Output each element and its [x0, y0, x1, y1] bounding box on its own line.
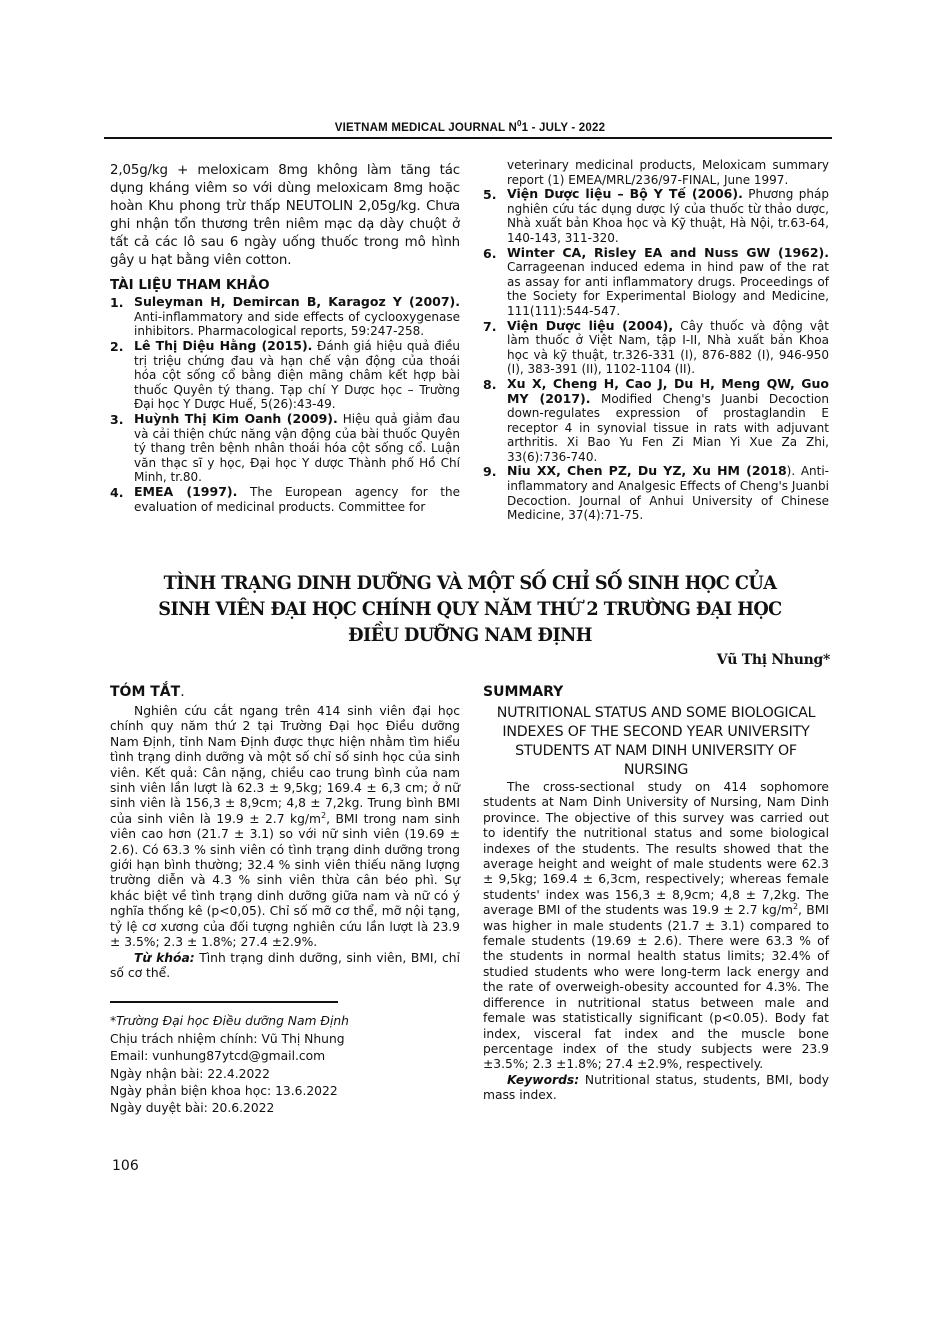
- continued-paragraph: 2,05g/kg + meloxicam 8mg không làm tăng …: [110, 162, 460, 270]
- left-column-top: 2,05g/kg + meloxicam 8mg không làm tăng …: [110, 162, 460, 514]
- reference-authors: Winter CA, Risley EA and Nuss GW (1962).: [507, 245, 829, 260]
- reference-number: 4.: [110, 485, 134, 514]
- reference-text: veterinary medicinal products, Meloxicam…: [507, 158, 829, 187]
- reference-number: 6.: [483, 246, 507, 319]
- reference-item: 5. Viện Dược liệu – Bộ Y Tế (2006). Phươ…: [483, 187, 829, 245]
- date-approved: Ngày duyệt bài: 20.6.2022: [110, 1100, 460, 1117]
- reference-authors: Viện Dược liệu (2004),: [507, 318, 673, 333]
- reference-authors: Suleyman H, Demircan B, Karagoz Y (2007)…: [134, 294, 460, 309]
- reference-number: 8.: [483, 377, 507, 465]
- journal-page: VIETNAM MEDICAL JOURNAL N01 - JULY - 202…: [0, 0, 942, 1333]
- reference-number: 3.: [110, 412, 134, 485]
- abstract-vi-keywords: Từ khóa: Tình trạng dinh dưỡng, sinh viê…: [110, 951, 460, 982]
- header-rule: [104, 137, 832, 139]
- title-line: TÌNH TRẠNG DINH DƯỠNG VÀ MỘT SỐ CHỈ SỐ S…: [135, 570, 805, 596]
- reference-number: 5.: [483, 187, 507, 245]
- reference-authors: EMEA (1997).: [134, 484, 237, 499]
- reference-item-continued: veterinary medicinal products, Meloxicam…: [483, 158, 829, 187]
- article-author: Vũ Thị Nhung*: [717, 652, 830, 668]
- date-received: Ngày nhận bài: 22.4.2022: [110, 1066, 460, 1083]
- date-reviewed: Ngày phản biện khoa học: 13.6.2022: [110, 1083, 460, 1100]
- reference-authors: Viện Dược liệu – Bộ Y Tế (2006).: [507, 186, 743, 201]
- right-column-top: veterinary medicinal products, Meloxicam…: [483, 158, 829, 523]
- keywords-label: Từ khóa:: [134, 951, 195, 965]
- footnote-rule: [110, 1001, 338, 1003]
- reference-item: 2. Lê Thị Diệu Hằng (2015). Đánh giá hiệ…: [110, 339, 460, 412]
- reference-item: 9. Niu XX, Chen PZ, Du YZ, Xu HM (2018).…: [483, 464, 829, 522]
- author-affiliation: *Trường Đại học Điều dưỡng Nam Định: [110, 1013, 460, 1030]
- abstract-vi-body: Nghiên cứu cắt ngang trên 414 sinh viên …: [110, 704, 460, 951]
- running-header: VIETNAM MEDICAL JOURNAL N01 - JULY - 202…: [110, 122, 830, 134]
- title-line: ĐIỀU DƯỠNG NAM ĐỊNH: [135, 622, 805, 648]
- reference-number: 1.: [110, 295, 134, 339]
- reference-authors: Lê Thị Diệu Hằng (2015).: [134, 338, 312, 353]
- keywords-label: Keywords:: [507, 1073, 579, 1087]
- summary-heading: SUMMARY: [483, 683, 829, 701]
- abstract-vi-heading: TÓM TẮT.: [110, 683, 460, 701]
- reference-text: Anti-inflammatory and side effects of cy…: [134, 310, 460, 339]
- reference-item: 4. EMEA (1997). The European agency for …: [110, 485, 460, 514]
- summary-body: The cross-sectional study on 414 sophomo…: [483, 780, 829, 1073]
- reference-number: 7.: [483, 319, 507, 377]
- article-title: TÌNH TRẠNG DINH DƯỠNG VÀ MỘT SỐ CHỈ SỐ S…: [135, 570, 805, 648]
- reference-item: 8. Xu X, Cheng H, Cao J, Du H, Meng QW, …: [483, 377, 829, 465]
- reference-authors: Huỳnh Thị Kim Oanh (2009).: [134, 411, 338, 426]
- journal-name: VIETNAM MEDICAL JOURNAL N: [335, 122, 517, 134]
- reference-item: 6. Winter CA, Risley EA and Nuss GW (196…: [483, 246, 829, 319]
- issue-date: 1 - JULY - 2022: [522, 122, 606, 134]
- references-heading: TÀI LIỆU THAM KHẢO: [110, 278, 460, 293]
- page-number: 106: [112, 1158, 139, 1174]
- reference-text: Carrageenan induced edema in hind paw of…: [507, 260, 829, 318]
- author-email: Email: vunhung87ytcd@gmail.com: [110, 1048, 460, 1065]
- summary-title: NUTRITIONAL STATUS AND SOME BIOLOGICAL I…: [483, 704, 829, 780]
- reference-number: 2.: [110, 339, 134, 412]
- reference-authors: Niu XX, Chen PZ, Du YZ, Xu HM (2018: [507, 463, 787, 478]
- title-line: SINH VIÊN ĐẠI HỌC CHÍNH QUY NĂM THỨ 2 TR…: [135, 596, 805, 622]
- responsible-author: Chịu trách nhiệm chính: Vũ Thị Nhung: [110, 1031, 460, 1048]
- footnote: *Trường Đại học Điều dưỡng Nam Định Chịu…: [110, 1013, 460, 1117]
- reference-item: 1. Suleyman H, Demircan B, Karagoz Y (20…: [110, 295, 460, 339]
- reference-item: 3. Huỳnh Thị Kim Oanh (2009). Hiệu quả g…: [110, 412, 460, 485]
- right-column-bottom: SUMMARY NUTRITIONAL STATUS AND SOME BIOL…: [483, 683, 829, 1104]
- reference-item: 7. Viện Dược liệu (2004), Cây thuốc và đ…: [483, 319, 829, 377]
- summary-keywords: Keywords: Nutritional status, students, …: [483, 1073, 829, 1104]
- reference-number: 9.: [483, 464, 507, 522]
- left-column-bottom: TÓM TẮT. Nghiên cứu cắt ngang trên 414 s…: [110, 683, 460, 1118]
